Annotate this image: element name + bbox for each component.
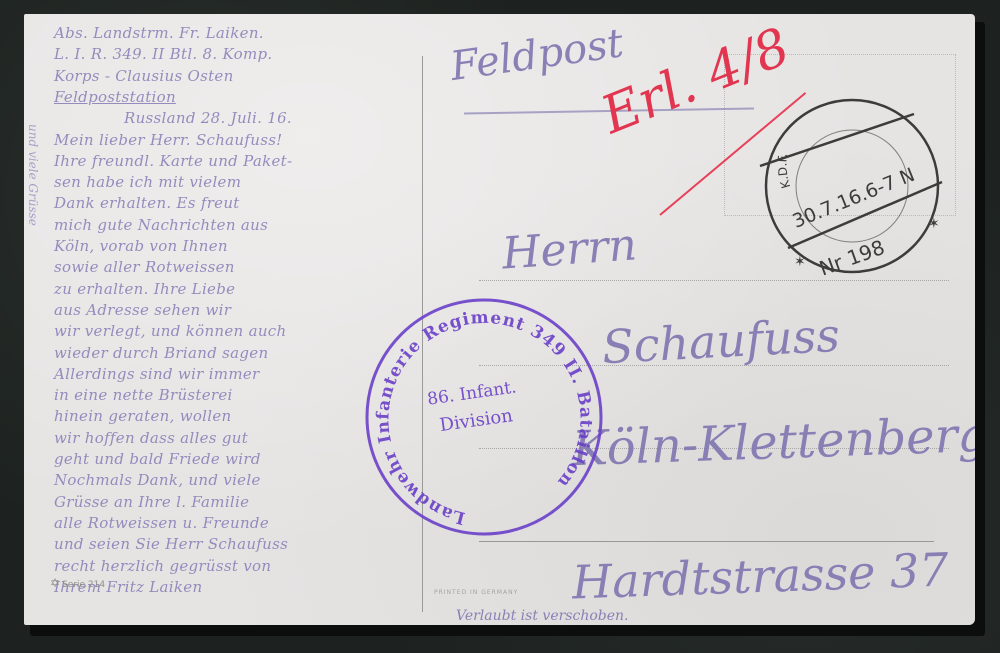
message-line: Russland 28. Juli. 16. xyxy=(124,109,292,127)
postmark-top: K.D.F. xyxy=(775,153,793,191)
feldpost-label: Feldpost xyxy=(448,20,627,90)
message-line: hinein geraten, wollen xyxy=(54,407,232,425)
address-line xyxy=(479,280,949,281)
message-line: zu erhalten. Ihre Liebe xyxy=(54,280,235,298)
address-line xyxy=(479,541,934,542)
message-line: und seien Sie Herr Schaufuss xyxy=(54,535,288,553)
printed-in-germany: PRINTED IN GERMANY xyxy=(434,589,518,596)
postmark-date: 30.7.16.6-7 N xyxy=(789,164,918,233)
message-line: sen habe ich mit vielem xyxy=(54,173,241,191)
message-line: Grüsse an Ihre l. Familie xyxy=(54,493,249,511)
message-line: geht und bald Friede wird xyxy=(54,450,261,468)
star-of-david-icon: ✡ xyxy=(50,576,60,590)
unit-stamp: Landwehr Infanterie Regiment 349 II. Bat… xyxy=(359,297,609,537)
message-line: aus Adresse sehen wir xyxy=(54,301,231,319)
printed-series: ✡Serie 214 xyxy=(50,576,105,590)
message-line: recht herzlich gegrüsst von xyxy=(54,557,271,575)
recipient-city: Köln-Klettenberg xyxy=(571,407,975,477)
message-line: wir verlegt, und können auch xyxy=(54,322,286,340)
star-icon: ✶ xyxy=(794,254,806,270)
message-line: Feldpoststation xyxy=(54,88,176,106)
message-line: Ihre freundl. Karte und Paket- xyxy=(54,152,292,170)
message-line: alle Rotweissen u. Freunde xyxy=(54,514,269,532)
message-line: L. I. R. 349. II Btl. 8. Komp. xyxy=(54,45,272,63)
message-line: Allerdings sind wir immer xyxy=(54,365,260,383)
bottom-note: Verlaubt ist verschoben. xyxy=(456,608,629,624)
message-line: Korps - Clausius Osten xyxy=(54,67,234,85)
message-line: wieder durch Briand sagen xyxy=(54,344,268,362)
message-line: Dank erhalten. Es freut xyxy=(54,194,240,212)
message-line: wir hoffen dass alles gut xyxy=(54,429,248,447)
star-icon: ✶ xyxy=(928,216,940,232)
stamp-center-line2: Division xyxy=(438,405,514,436)
postmark-cancel: K.D.F. 30.7.16.6-7 N Nr 198 ✶ ✶ xyxy=(752,96,952,276)
side-note: und viele Grüsse xyxy=(26,124,40,226)
stamp-center-line1: 86. Infant. xyxy=(426,377,518,409)
postmark-number: Nr 198 xyxy=(816,235,888,276)
recipient-street: Hardtstrasse 37 xyxy=(571,542,949,609)
message-line: sowie aller Rotweissen xyxy=(54,258,235,276)
message-line: mich gute Nachrichten aus xyxy=(54,216,268,234)
svg-text:K.D.F.: K.D.F. xyxy=(775,153,793,191)
postcard: und viele Grüsse Abs. Landstrm. Fr. Laik… xyxy=(24,14,975,625)
message-line: Mein lieber Herr. Schaufuss! xyxy=(54,131,283,149)
recipient-salutation: Herrn xyxy=(500,219,638,279)
message-line: in eine nette Brüsterei xyxy=(54,386,233,404)
message-line: Nochmals Dank, und viele xyxy=(54,471,261,489)
message-line: Abs. Landstrm. Fr. Laiken. xyxy=(54,24,264,42)
message-line: Köln, vorab von Ihnen xyxy=(54,237,228,255)
